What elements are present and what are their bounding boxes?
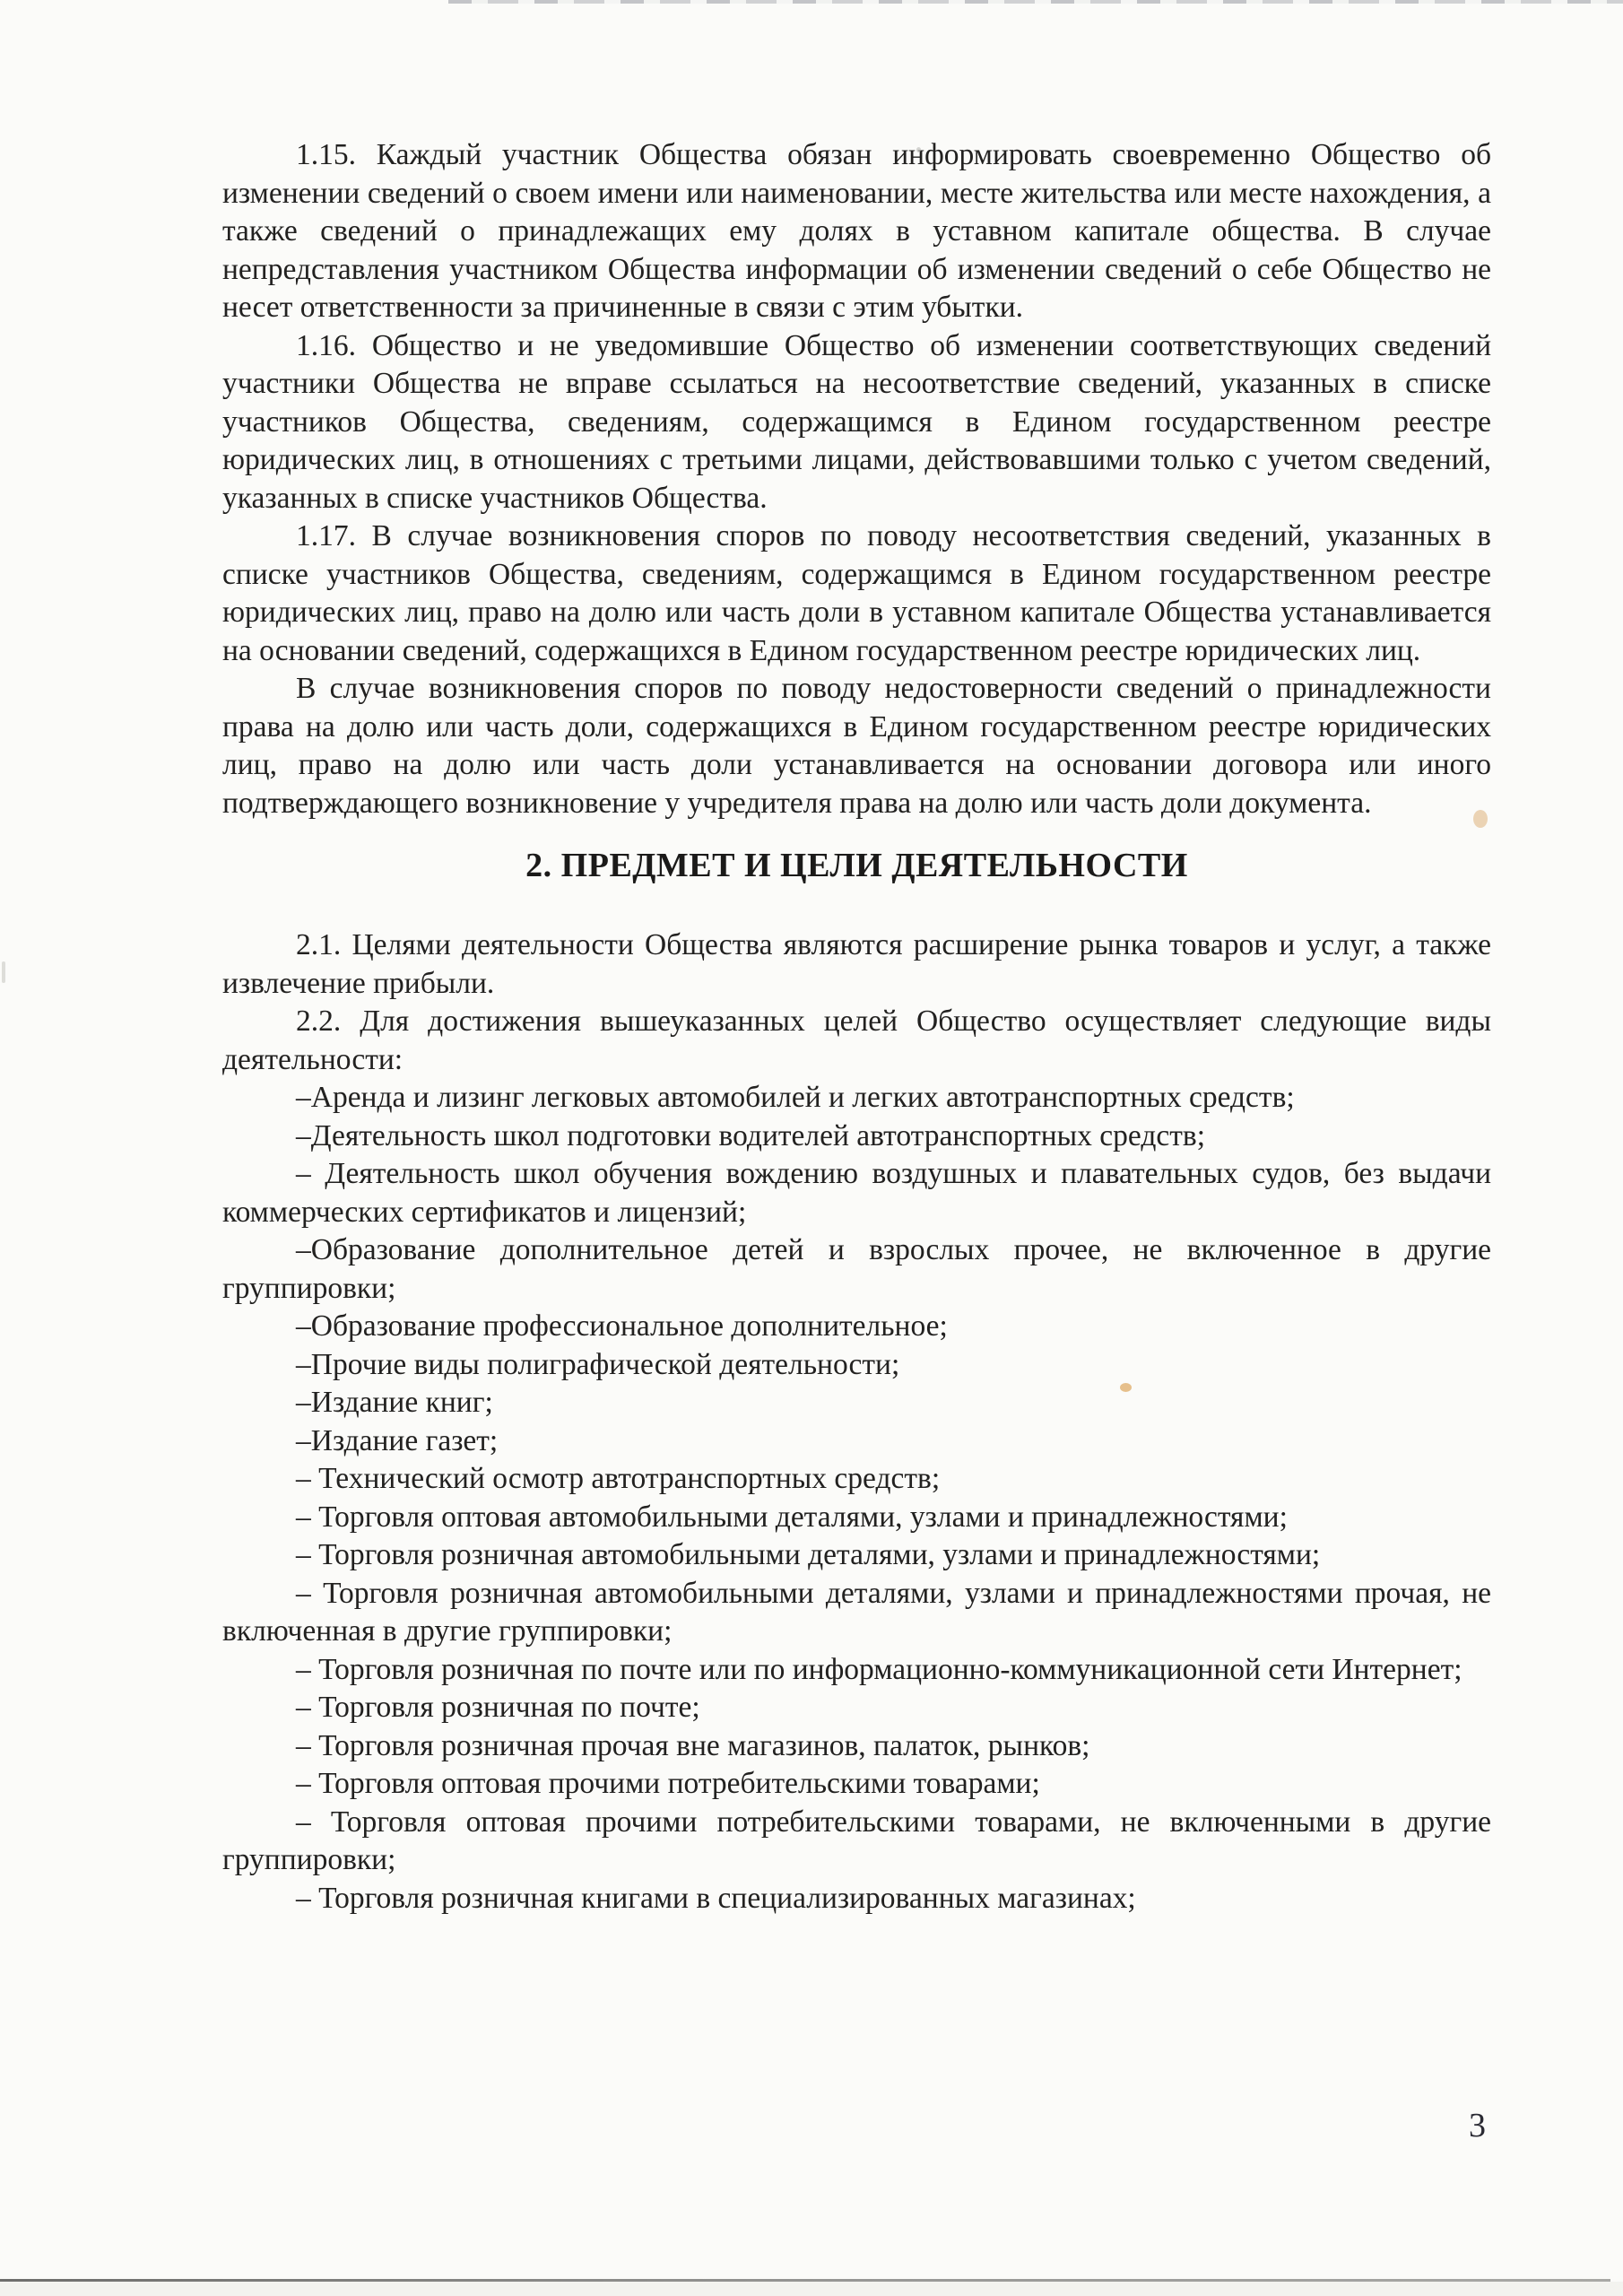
activity-item: – Торговля розничная книгами в специализ… (222, 1880, 1491, 1918)
activity-item: –Издание газет; (222, 1422, 1491, 1461)
clause-1-15: 1.15. Каждый участник Общества обязан ин… (222, 136, 1491, 327)
activity-item: – Торговля оптовая прочими потребительск… (222, 1765, 1491, 1804)
activity-item: – Торговля розничная прочая вне магазино… (222, 1727, 1491, 1766)
activity-item: – Технический осмотр автотранспортных ср… (222, 1460, 1491, 1499)
activity-item: – Торговля оптовая прочими потребительск… (222, 1804, 1491, 1880)
activity-item: –Образование профессиональное дополнител… (222, 1308, 1491, 1346)
clause-2-1: 2.1. Целями деятельности Общества являют… (222, 926, 1491, 1003)
activity-item: –Образование дополнительное детей и взро… (222, 1231, 1491, 1308)
page-number: 3 (1469, 2106, 1486, 2145)
scan-dust-speck (916, 147, 921, 152)
page-content: 1.15. Каждый участник Общества обязан ин… (222, 0, 1491, 1918)
clause-1-17-continuation: В случае возникновения споров по поводу … (222, 670, 1491, 822)
scan-stain-speck (1473, 810, 1488, 828)
activity-item: –Аренда и лизинг легковых автомобилей и … (222, 1079, 1491, 1118)
clause-2-2: 2.2. Для достижения вышеуказанных целей … (222, 1003, 1491, 1079)
scan-dust-speck (2, 961, 5, 983)
activity-item: – Деятельность школ обучения вождению во… (222, 1155, 1491, 1231)
scan-margin-bottom (0, 2282, 1623, 2296)
activity-item: – Торговля оптовая автомобильными деталя… (222, 1499, 1491, 1537)
clause-1-17: 1.17. В случае возникновения споров по п… (222, 517, 1491, 670)
activity-item: – Торговля розничная автомобильными дета… (222, 1575, 1491, 1651)
scan-stain-speck (1120, 1383, 1132, 1392)
activity-item: –Издание книг; (222, 1384, 1491, 1422)
activity-item: – Торговля розничная автомобильными дета… (222, 1536, 1491, 1575)
scanned-charter-page: 1.15. Каждый участник Общества обязан ин… (0, 0, 1623, 2296)
section-2-heading: 2. ПРЕДМЕТ И ЦЕЛИ ДЕЯТЕЛЬНОСТИ (222, 846, 1491, 885)
clause-1-16: 1.16. Общество и не уведомившие Общество… (222, 327, 1491, 518)
activity-item: – Торговля розничная по почте; (222, 1689, 1491, 1727)
activity-item: –Деятельность школ подготовки водителей … (222, 1118, 1491, 1156)
activity-item: – Торговля розничная по почте или по инф… (222, 1651, 1491, 1690)
activity-item: –Прочие виды полиграфической деятельност… (222, 1346, 1491, 1385)
